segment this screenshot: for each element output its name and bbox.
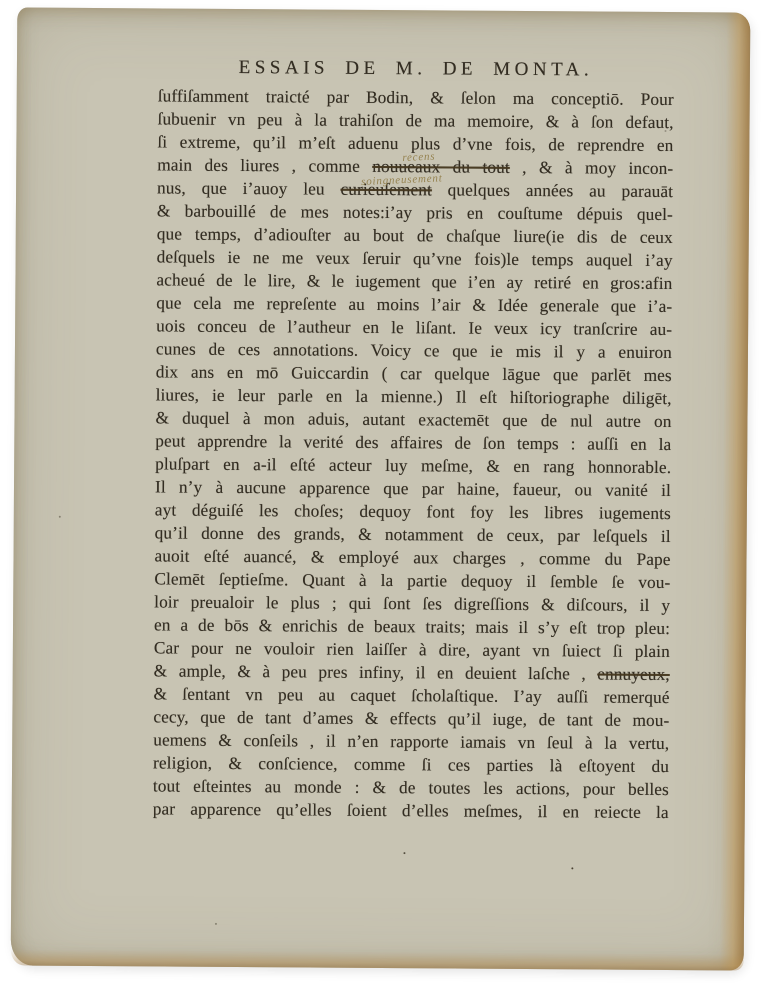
printed-text: en a de bōs & enrichis de beaux traits; … bbox=[154, 615, 670, 638]
printed-text: tout eſteintes au monde : & de toutes le… bbox=[153, 776, 669, 799]
page-bottom-edge bbox=[11, 949, 744, 970]
handwritten-annotation: recens bbox=[402, 152, 436, 164]
printed-text: deſquels ie ne me veux ſeruir qu’vne foi… bbox=[157, 247, 673, 270]
printed-text: par apparence qu’elles ſoient d’elles me… bbox=[153, 799, 669, 822]
printed-text: main des liures , comme bbox=[157, 155, 372, 176]
text-line: par apparence qu’elles ſoient d’elles me… bbox=[153, 797, 669, 824]
printed-text: nus, que i’auoy leu bbox=[157, 178, 341, 198]
text-block: ſuffiſamment traicté par Bodin, & ſelon … bbox=[153, 84, 674, 824]
running-header: ESSAIS DE M. DE MONTA. bbox=[158, 56, 674, 82]
printed-text: & barbouillé de mes notes:i’ay pris en c… bbox=[157, 201, 673, 224]
printed-text: peut apprendre la verité des affaires de… bbox=[155, 431, 671, 454]
printed-text: dix ans en mō Guiccardin ( car quelque l… bbox=[156, 362, 672, 385]
printed-text: religion, & conſcience, comme ſi ces par… bbox=[153, 753, 669, 776]
printed-text: Car pour ne vouloir rien laiſſer à dire,… bbox=[154, 638, 670, 661]
printed-text: uemens & conſeils , il n’en rapporte iam… bbox=[153, 730, 669, 753]
printed-text: & ample, & à peu pres infiny, il en deui… bbox=[154, 661, 598, 683]
printed-text: & ſentant vn peu au caquet ſcholaſtique.… bbox=[153, 684, 669, 707]
printed-text: Il n’y à aucune apparence que par haine,… bbox=[155, 477, 671, 500]
printed-text: quelques années au parauāt bbox=[432, 180, 673, 201]
printed-text: ſubuenir vn peu à la trahiſon de ma memo… bbox=[158, 109, 674, 132]
scan-background: ESSAIS DE M. DE MONTA. ſuffiſamment trai… bbox=[0, 0, 768, 988]
printed-text: que cela me repreſente au moins l’air & … bbox=[156, 293, 672, 316]
page-deckle-edge bbox=[720, 12, 751, 970]
printed-text: auoit eſté auancé, & employé aux charges… bbox=[154, 546, 670, 569]
struck-text: ennuyeux, bbox=[597, 665, 670, 685]
printed-text: loir preualoir le plus ; qui ſont ſes di… bbox=[154, 592, 670, 615]
paper-specks bbox=[571, 867, 573, 869]
printed-text: , & à moy incon- bbox=[510, 158, 674, 178]
printed-text: qu’il donne des grands, & notamment de c… bbox=[155, 523, 671, 546]
printed-text: cunes de ces annotations. Voicy ce que i… bbox=[156, 339, 672, 362]
book-page: ESSAIS DE M. DE MONTA. ſuffiſamment trai… bbox=[11, 7, 751, 970]
printed-text: Clemēt ſeptieſme. Quant à la partie dequ… bbox=[154, 569, 670, 592]
corrected-passage: soingneusementcurieuſement bbox=[340, 180, 432, 200]
printed-text: & duquel à mon aduis, autant exactemēt q… bbox=[155, 408, 671, 431]
printed-text: ſuffiſamment traicté par Bodin, & ſelon … bbox=[158, 86, 674, 109]
printed-text: pluſpart en a-il eſté acteur luy meſme, … bbox=[155, 454, 671, 477]
printed-text: liures, ie leur parle en la mienne.) Il … bbox=[156, 385, 672, 408]
printed-text: uois conceu de l’autheur en le liſant. I… bbox=[156, 316, 672, 339]
printed-text: ayt déguiſé les choſes; dequoy font foy … bbox=[155, 500, 671, 523]
printed-text: cecy, que de tant d’ames & effects qu’il… bbox=[153, 707, 669, 730]
printed-text: que temps, d’adiouſter au bout de chaſqu… bbox=[157, 224, 673, 247]
printed-text: acheué de le lire, & le iugement que i’e… bbox=[156, 270, 672, 293]
